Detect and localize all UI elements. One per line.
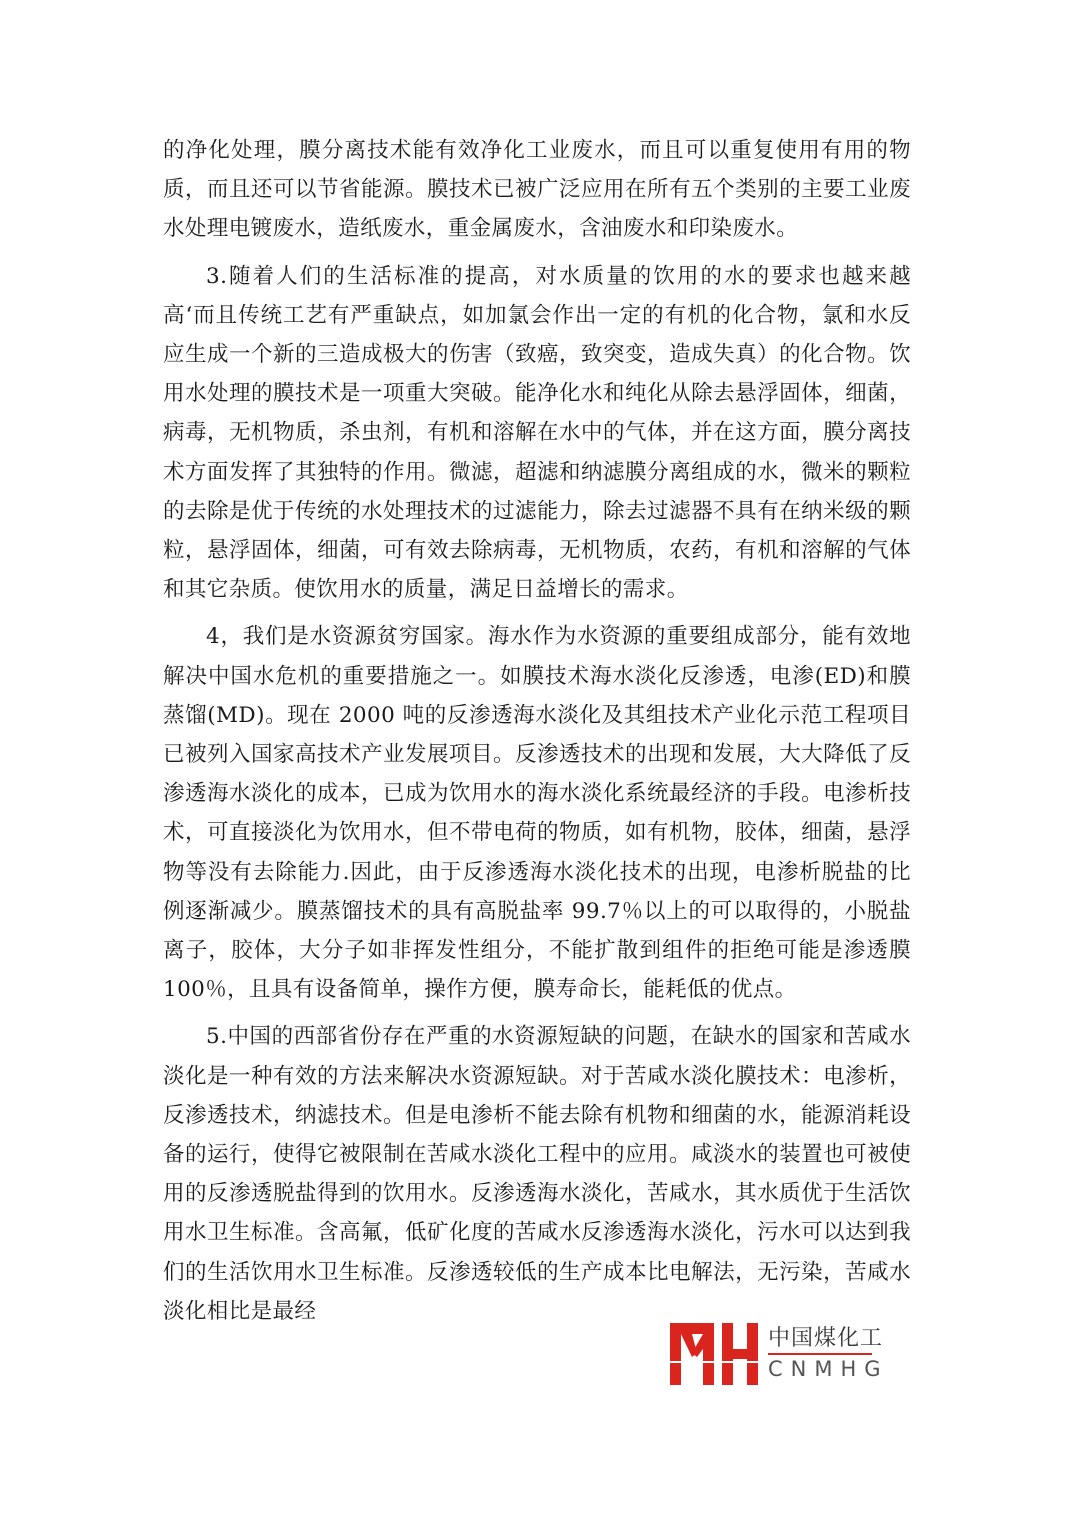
logo-english-name: CNMHG xyxy=(768,1357,889,1381)
cnmhg-logo-mark-icon xyxy=(670,1323,758,1385)
paragraph-5: 5.中国的西部省份存在严重的水资源短缺的问题，在缺水的国家和苦咸水淡化是一种有效… xyxy=(163,1017,911,1331)
paragraph-continued: 的净化处理，膜分离技术能有效净化工业废水，而且可以重复使用有用的物质，而且还可以… xyxy=(163,131,911,249)
document-body: 的净化处理，膜分离技术能有效净化工业废水，而且可以重复使用有用的物质，而且还可以… xyxy=(163,131,911,1339)
paragraph-4: 4，我们是水资源贫穷国家。海水作为水资源的重要组成部分，能有效地解决中国水危机的… xyxy=(163,617,911,1009)
logo-divider xyxy=(768,1353,872,1355)
paragraph-3: 3.随着人们的生活标准的提高，对水质量的饮用的水的要求也越来越高‘而且传统工艺有… xyxy=(163,257,911,610)
watermark-logo: 中国煤化工 CNMHG xyxy=(668,1323,878,1385)
logo-chinese-name: 中国煤化工 xyxy=(768,1321,883,1352)
